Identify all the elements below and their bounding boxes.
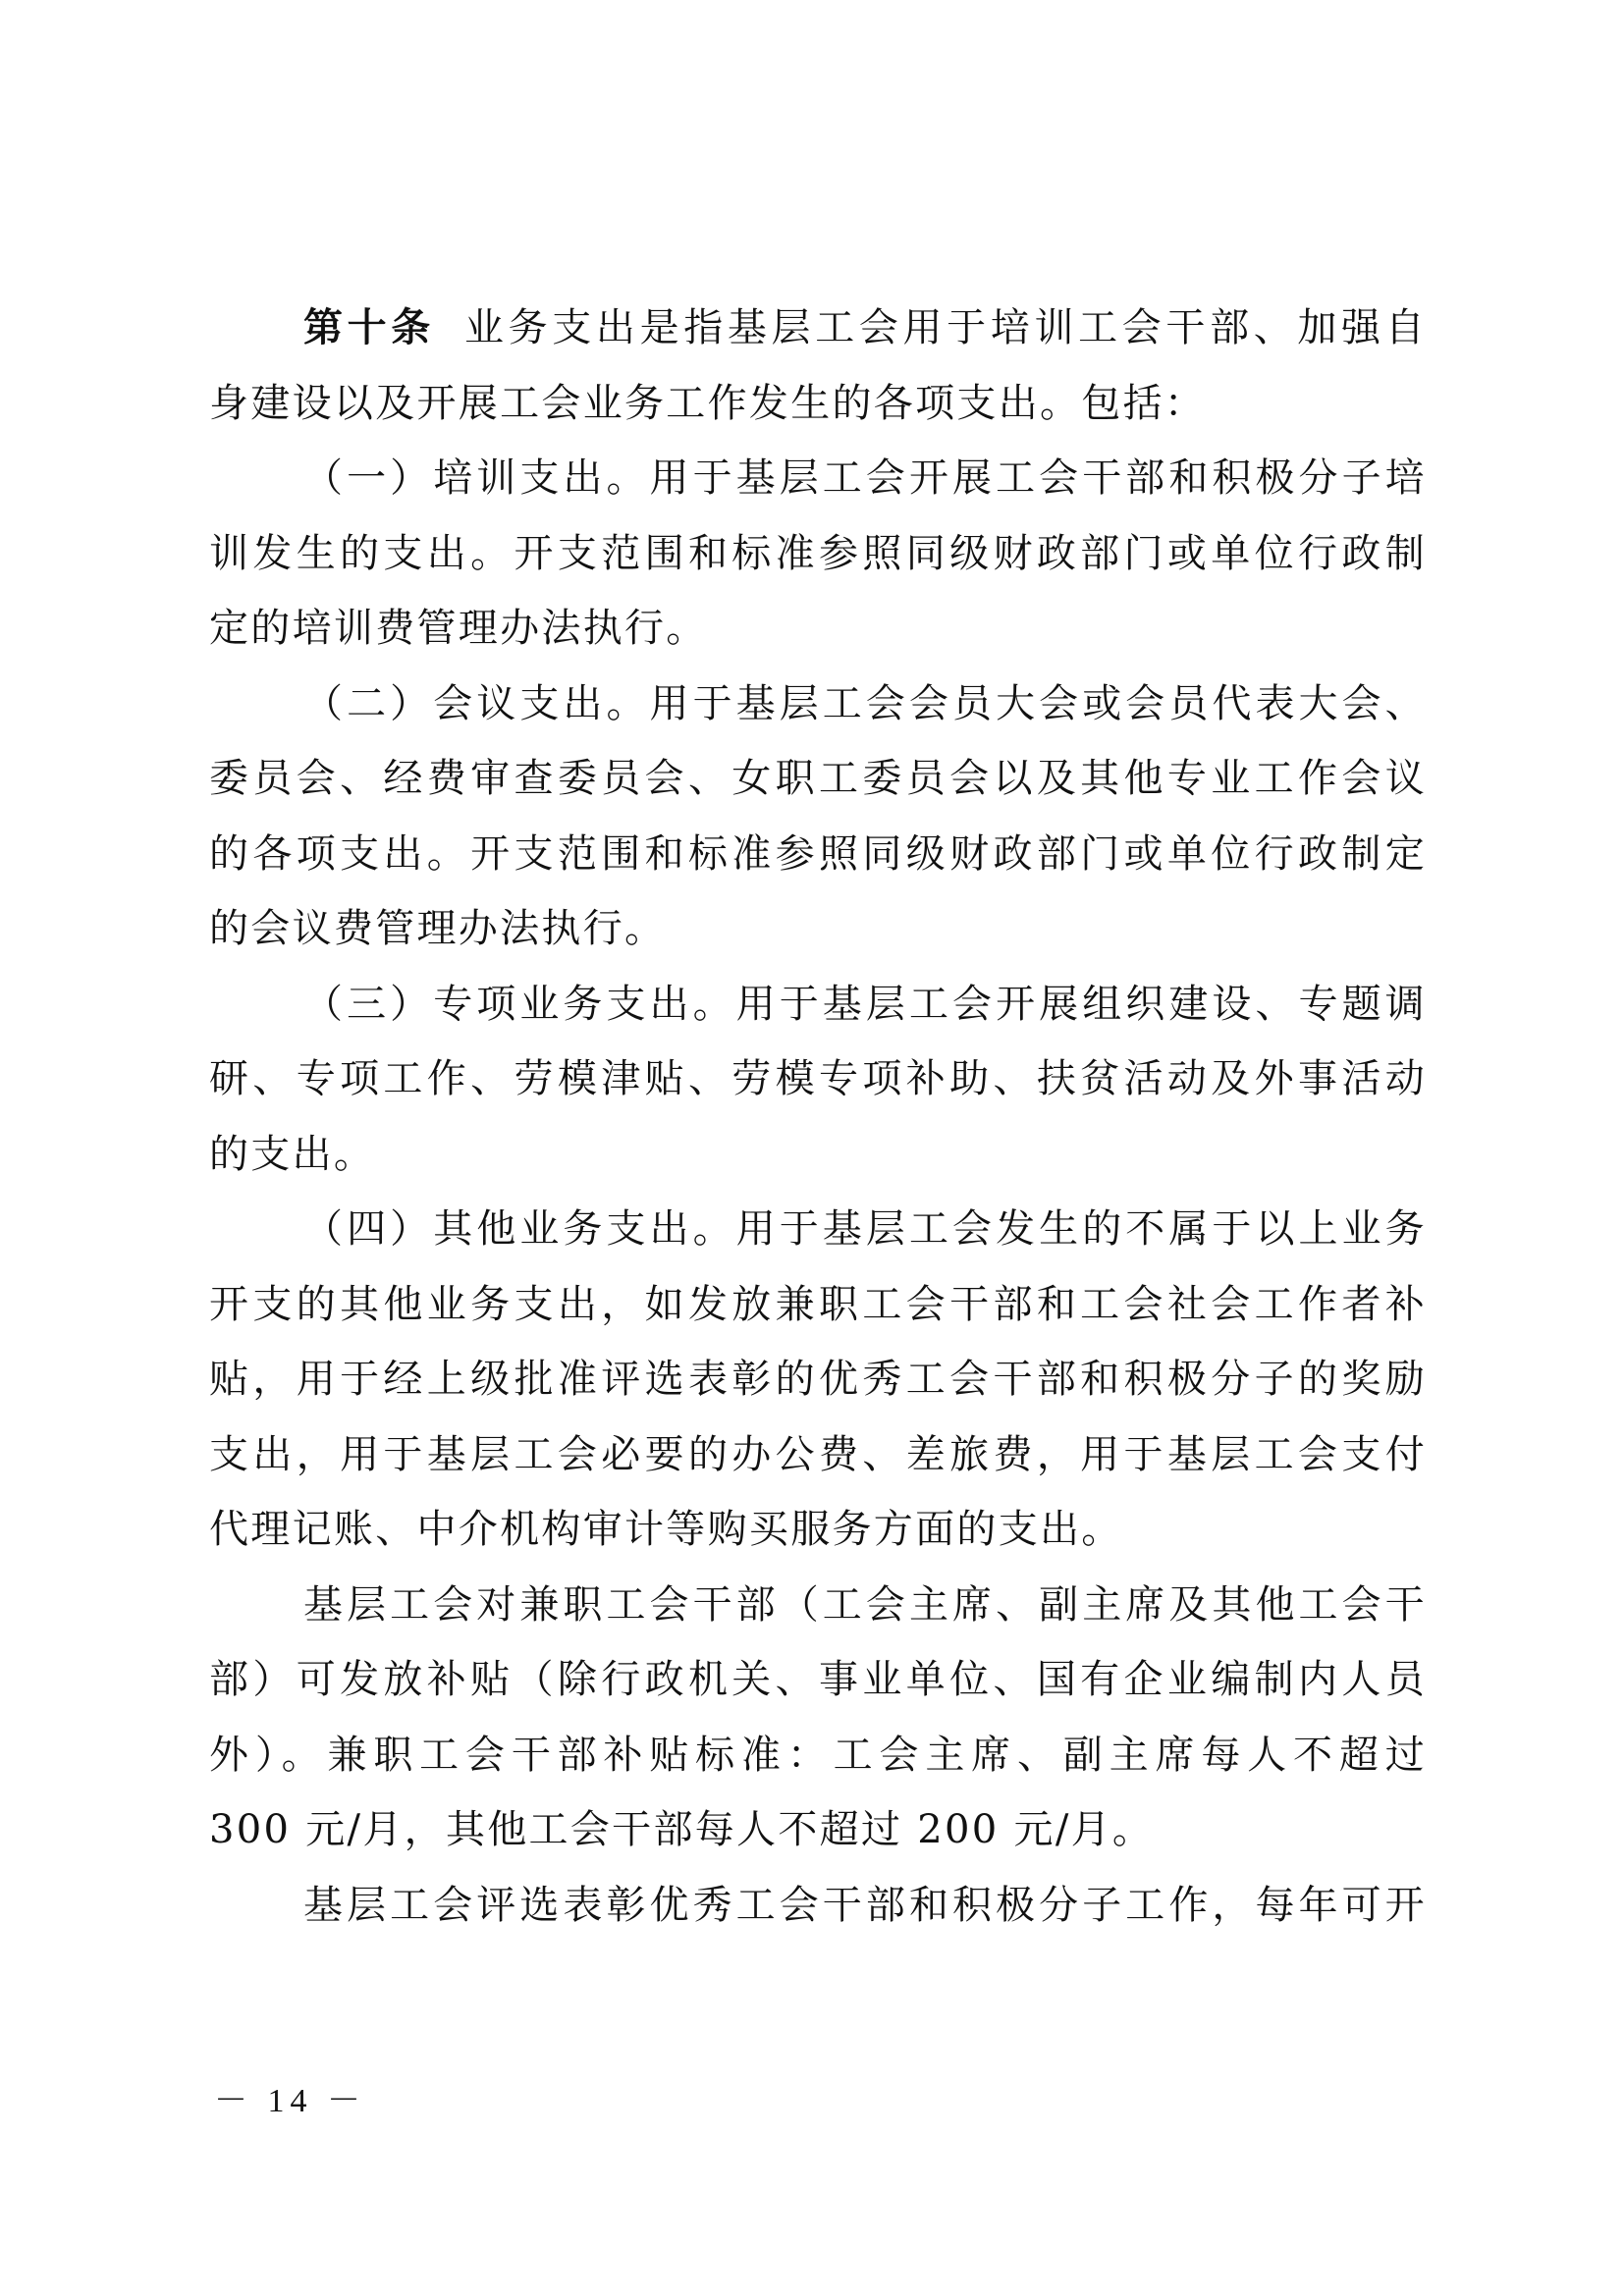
page-number: － 14 － bbox=[214, 2073, 366, 2121]
text-line: 训发生的支出。开支范围和标准参照同级财政部门或单位行政制 bbox=[209, 516, 1427, 592]
text-line: 的各项支出。开支范围和标准参照同级财政部门或单位行政制定 bbox=[209, 817, 1427, 892]
article-number: 第十条 bbox=[303, 305, 435, 350]
text-line: 贴，用于经上级批准评选表彰的优秀工会干部和积极分子的奖励 bbox=[209, 1342, 1427, 1417]
text-line: 定的培训费管理办法执行。 bbox=[209, 591, 1427, 667]
article-10-paragraph: 第十条业务支出是指基层工会用于培训工会干部、加强自 身建设以及开展工会业务工作发… bbox=[209, 291, 1427, 441]
text-line: 研、专项工作、劳模津贴、劳模专项补助、扶贫活动及外事活动 bbox=[209, 1041, 1427, 1117]
document-page: 第十条业务支出是指基层工会用于培训工会干部、加强自 身建设以及开展工会业务工作发… bbox=[0, 0, 1624, 2296]
subsidy-standard-paragraph: 基层工会对兼职工会干部（工会主席、副主席及其他工会干 部）可发放补贴（除行政机关… bbox=[209, 1568, 1427, 1868]
text-line: （一）培训支出。用于基层工会开展工会干部和积极分子培 bbox=[209, 441, 1427, 516]
text-line: （四）其他业务支出。用于基层工会发生的不属于以上业务 bbox=[209, 1192, 1427, 1267]
text-line: 的支出。 bbox=[209, 1117, 1427, 1193]
text-line: 300 元/月，其他工会干部每人不超过 200 元/月。 bbox=[209, 1792, 1427, 1868]
article-text: 业务支出是指基层工会用于培训工会干部、加强自 bbox=[464, 305, 1427, 350]
text-line: 基层工会评选表彰优秀工会干部和积极分子工作，每年可开 bbox=[209, 1868, 1427, 1944]
document-body: 第十条业务支出是指基层工会用于培训工会干部、加强自 身建设以及开展工会业务工作发… bbox=[209, 291, 1427, 1943]
text-line: （三）专项业务支出。用于基层工会开展组织建设、专题调 bbox=[209, 967, 1427, 1042]
text-line: 身建设以及开展工会业务工作发生的各项支出。包括： bbox=[209, 366, 1427, 442]
item-other-business-expense: （四）其他业务支出。用于基层工会发生的不属于以上业务 开支的其他业务支出，如发放… bbox=[209, 1192, 1427, 1568]
item-special-business-expense: （三）专项业务支出。用于基层工会开展组织建设、专题调 研、专项工作、劳模津贴、劳… bbox=[209, 967, 1427, 1193]
text-line: 开支的其他业务支出，如发放兼职工会干部和工会社会工作者补 bbox=[209, 1267, 1427, 1343]
item-training-expense: （一）培训支出。用于基层工会开展工会干部和积极分子培 训发生的支出。开支范围和标… bbox=[209, 441, 1427, 667]
text-line: 外）。兼职工会干部补贴标准：工会主席、副主席每人不超过 bbox=[209, 1718, 1427, 1793]
text-line: 支出，用于基层工会必要的办公费、差旅费，用于基层工会支付 bbox=[209, 1417, 1427, 1493]
award-paragraph: 基层工会评选表彰优秀工会干部和积极分子工作，每年可开 bbox=[209, 1868, 1427, 1944]
item-meeting-expense: （二）会议支出。用于基层工会会员大会或会员代表大会、 委员会、经费审查委员会、女… bbox=[209, 667, 1427, 967]
text-line: 部）可发放补贴（除行政机关、事业单位、国有企业编制内人员 bbox=[209, 1642, 1427, 1718]
text-line: 的会议费管理办法执行。 bbox=[209, 891, 1427, 967]
text-line: （二）会议支出。用于基层工会会员大会或会员代表大会、 bbox=[209, 667, 1427, 742]
text-line: 第十条业务支出是指基层工会用于培训工会干部、加强自 bbox=[209, 291, 1427, 366]
text-line: 基层工会对兼职工会干部（工会主席、副主席及其他工会干 bbox=[209, 1568, 1427, 1643]
text-line: 委员会、经费审查委员会、女职工委员会以及其他专业工作会议 bbox=[209, 741, 1427, 817]
text-line: 代理记账、中介机构审计等购买服务方面的支出。 bbox=[209, 1492, 1427, 1568]
